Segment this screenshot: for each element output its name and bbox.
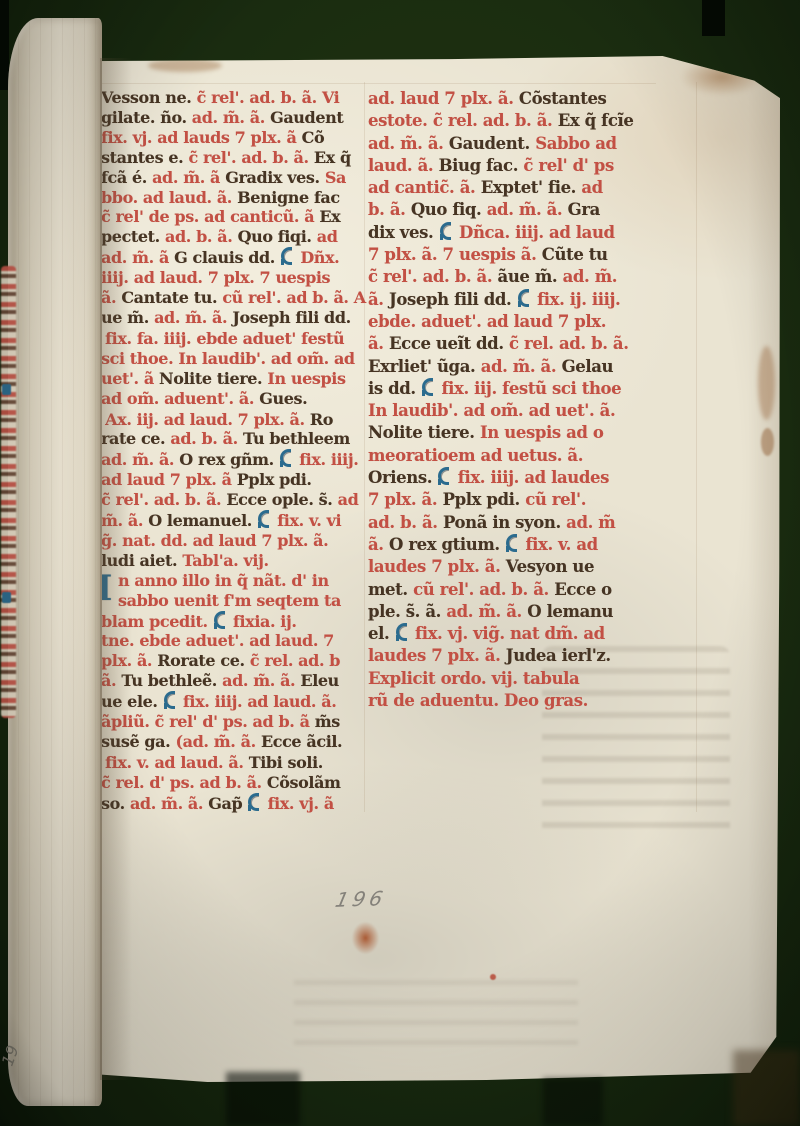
text-segment: estote. c̃ rel. ad. b. ã. <box>368 111 552 130</box>
cradle-shadow <box>702 0 725 36</box>
text-segment: Exrliet' ũga. <box>368 357 475 376</box>
text-line: dix ves. Dñca. iiij. ad laud <box>368 222 648 244</box>
text-segment: ad cantic̃. ã. <box>368 178 475 197</box>
text-segment: ad <box>317 227 338 246</box>
text-line: so. ad. m̃. ã. Gap̃ fix. vj. ã <box>101 793 371 814</box>
text-segment: ad. m̃. ã <box>152 168 220 187</box>
text-segment: cũ rel'. ad b. ã. A <box>222 288 365 307</box>
text-segment: Gradix ves. <box>225 168 320 187</box>
text-segment: sabbo uenit f'm seqtem ta <box>118 591 341 610</box>
manuscript-page: Vesson ne. c̃ rel'. ad. b. ã. Vigilate. … <box>46 56 780 1082</box>
text-segment: Ax. iij. ad laud. 7 plx. ã. <box>105 410 305 429</box>
paraph-mark-icon <box>214 611 225 629</box>
text-line: laud. ã. Biug fac. c̃ rel' d' ps <box>368 155 648 177</box>
text-segment: Pplx pdi. <box>237 470 312 489</box>
text-line: b. ã. Quo fiq. ad. m̃. ã. Gra <box>368 199 648 221</box>
text-segment: Cũte tu <box>542 245 608 264</box>
text-segment: In laudib'. ad om̃. ad uet'. ã. <box>368 401 615 420</box>
stain <box>761 428 774 456</box>
text-segment: dix ves. <box>368 223 433 242</box>
text-column-left: Vesson ne. c̃ rel'. ad. b. ã. Vigilate. … <box>101 88 371 814</box>
text-line: susẽ ga. (ad. m̃. ã. Ecce ãcil. <box>101 732 371 752</box>
text-segment: Ecce ãcil. <box>261 732 342 751</box>
stain <box>148 59 222 72</box>
text-segment: fix. v. ad <box>525 535 597 554</box>
text-line: ã. Cantate tu. cũ rel'. ad b. ã. A <box>101 288 371 308</box>
binding-leather <box>733 1050 800 1126</box>
paraph-mark-icon <box>248 793 259 811</box>
facing-page-initial <box>2 384 11 395</box>
text-segment: Gaudent <box>270 108 343 127</box>
stain <box>680 58 764 96</box>
paraph-mark-icon <box>440 222 451 240</box>
text-segment: Ecce ueĩt dd. <box>389 334 504 353</box>
text-segment: fix. vj. ã <box>268 794 334 813</box>
text-segment: Sa <box>325 168 346 187</box>
text-segment: Joseph fili dd. <box>232 308 350 327</box>
text-segment: O lemanuel. <box>148 511 252 530</box>
text-line: Nolite tiere. In uespis ad o <box>368 422 648 444</box>
book-fore-edge <box>8 18 102 1106</box>
text-segment: Dñx. <box>300 248 339 267</box>
text-line: ple. s̃. ã. ad. m̃. ã. O lemanu <box>368 601 648 623</box>
text-segment: Explicit ordo. vij. tabula <box>368 669 579 688</box>
text-segment: ad <box>338 490 359 509</box>
text-segment: cũ rel'. ad. b. ã. <box>413 580 549 599</box>
text-line: In anno illo in q̃ nãt. d' in <box>101 571 371 591</box>
stain <box>758 346 775 420</box>
text-segment: is dd. <box>368 379 416 398</box>
stain <box>490 974 496 980</box>
text-line: Oriens. fix. iiij. ad laudes <box>368 467 648 489</box>
paraph-mark-icon <box>518 289 529 307</box>
text-segment: Gues. <box>259 389 307 408</box>
text-segment: fixia. ij. <box>233 612 297 631</box>
text-segment: ã. <box>368 290 384 309</box>
text-segment: fix. iiij. <box>299 450 358 469</box>
text-line: c̃ rel'. ad. b. ã. ãue m̃. ad. m̃. <box>368 266 648 288</box>
text-segment: el. <box>368 624 389 643</box>
text-segment: Oriens. <box>368 468 432 487</box>
text-line: m̃. ã. O lemanuel. fix. v. vi <box>101 510 371 531</box>
text-segment: ad. m̃. <box>563 267 618 286</box>
text-segment: ad. m̃. ã. <box>368 134 444 153</box>
text-segment: Sabbo ad <box>535 134 616 153</box>
text-line: ã. Ecce ueĩt dd. c̃ rel. ad. b. ã. <box>368 333 648 355</box>
text-segment: ad. m̃. ã. <box>192 108 265 127</box>
text-line: rate ce. ad. b. ã. Tu bethleem <box>101 429 371 449</box>
text-line: uet'. ã Nolite tiere. In uespis <box>101 369 371 389</box>
text-line: ludi aiet. Tabl'a. vij. <box>101 551 371 571</box>
text-segment: 7 plx. ã. <box>368 490 437 509</box>
text-segment: G clauis dd. <box>174 248 275 267</box>
text-segment: Dñca. iiij. ad laud <box>459 223 615 242</box>
text-segment: Judea ierl'z. <box>506 646 611 665</box>
paraph-mark-icon <box>281 247 292 265</box>
text-segment: ad. m̃. ã. <box>130 794 203 813</box>
text-segment: c̃ rel'. ad. b. ã. Vi <box>197 88 340 107</box>
text-segment: Tabl'a. vij. <box>182 551 268 570</box>
text-segment: (ad. m̃. ã. <box>176 732 256 751</box>
text-line: Explicit ordo. vij. tabula <box>368 668 648 690</box>
text-segment: rũ de aduentu. Deo gras. <box>368 691 588 710</box>
text-segment: Exptet' fie. <box>481 178 576 197</box>
text-line: ã. Tu bethleẽ. ad. m̃. ã. Eleu <box>101 671 371 691</box>
text-segment: cũ rel'. <box>525 490 586 509</box>
text-line: Vesson ne. c̃ rel'. ad. b. ã. Vi <box>101 88 371 108</box>
text-segment: ad. b. ã. <box>165 227 232 246</box>
text-segment: fix. ij. iiij. <box>537 290 620 309</box>
text-segment: Biug fac. <box>439 156 518 175</box>
text-segment: Tu bethleẽ. <box>121 671 217 690</box>
text-segment: ã. <box>368 334 384 353</box>
text-segment: fix. iiij. ad laud. ã. <box>183 692 336 711</box>
text-line: g̃. nat. dd. ad laud 7 plx. ã. <box>101 531 371 551</box>
manuscript-photo: Vesson ne. c̃ rel'. ad. b. ã. Vigilate. … <box>0 0 800 1126</box>
paraph-mark-icon <box>258 510 269 528</box>
text-segment: ad. m̃. ã. <box>487 200 563 219</box>
text-line: met. cũ rel'. ad. b. ã. Ecce o <box>368 579 648 601</box>
text-line: plx. ã. Rorate ce. c̃ rel. ad. b <box>101 651 371 671</box>
stain <box>352 922 379 954</box>
text-segment: ad. m̃. ã. <box>222 671 295 690</box>
gutter-shadow <box>100 58 132 1080</box>
text-segment: ad. b. ã. <box>170 429 237 448</box>
text-line: ad om̃. aduent'. ã. Gues. <box>101 389 371 409</box>
text-segment: Gaudent. <box>449 134 530 153</box>
text-segment: Ex q̃ fcĩe <box>558 111 634 130</box>
text-column-right: ad. laud 7 plx. ã. Cõstantesestote. c̃ r… <box>368 88 648 712</box>
text-line: Ax. iij. ad laud. 7 plx. ã. Ro <box>101 409 371 430</box>
text-line: ã. Joseph fili dd. fix. ij. iiij. <box>368 289 648 311</box>
text-line: 7 plx. ã. 7 uespis ã. Cũte tu <box>368 244 648 266</box>
text-line: ad. m̃. ã. O rex gñm. fix. iiij. <box>101 449 371 470</box>
text-segment: m̃s <box>315 712 340 731</box>
text-segment: Ex <box>319 207 340 226</box>
text-segment: Vesyon ue <box>506 557 594 576</box>
text-segment: met. <box>368 580 408 599</box>
text-line: c̃ rel. d' ps. ad b. ã. Cõsolãm <box>101 773 371 793</box>
text-segment: c̃ rel. ad. b <box>250 651 340 670</box>
text-line: 7 plx. ã. Pplx pdi. cũ rel'. <box>368 489 648 511</box>
text-line: sabbo uenit f'm seqtem ta <box>101 591 371 611</box>
text-line: laudes 7 plx. ã. Vesyon ue <box>368 556 648 578</box>
text-line: meoratioem ad uetus. ã. <box>368 445 648 467</box>
text-line: rũ de aduentu. Deo gras. <box>368 690 648 712</box>
text-segment: fix. fa. iiij. ebde aduet' festũ <box>105 329 344 348</box>
text-line: In laudib'. ad om̃. ad uet'. ã. <box>368 400 648 422</box>
text-segment: Cõsolãm <box>267 773 341 792</box>
text-line: bbo. ad laud. ã. Benigne fac <box>101 188 371 208</box>
text-line: ad laud 7 plx. ã Pplx pdi. <box>101 470 371 490</box>
paraph-mark-icon <box>396 623 407 641</box>
cradle-shadow <box>543 1078 603 1126</box>
text-segment: ad <box>581 178 602 197</box>
text-line: blam pcedit. fixia. ij. <box>101 611 371 632</box>
text-segment: Ro <box>310 410 333 429</box>
text-segment: fix. vj. vig̃. nat dm̃. ad <box>415 624 605 643</box>
text-line: fix. fa. iiij. ebde aduet' festũ <box>101 328 371 349</box>
text-line: ue m̃. ad. m̃. ã. Joseph fili dd. <box>101 308 371 328</box>
text-line: fix. v. ad laud. ã. Tibi soli. <box>101 752 371 773</box>
text-segment: Cõstantes <box>519 89 607 108</box>
text-segment: laudes 7 plx. ã. <box>368 557 500 576</box>
text-segment: c̃ rel' de ps. ad canticũ. ã <box>101 207 314 226</box>
text-segment: sci thoe. In laudib'. ad om̃. ad <box>101 349 355 368</box>
facing-page-initial <box>2 592 11 603</box>
text-segment: Tu bethleem <box>243 429 350 448</box>
text-segment: ebde. aduet'. ad laud 7 plx. <box>368 312 606 331</box>
text-segment: ad. m̃ <box>566 513 615 532</box>
text-segment: Ex q̃ <box>314 148 351 167</box>
stain <box>746 61 768 76</box>
text-segment: O rex gtium. <box>389 535 500 554</box>
text-segment: ad. m̃. ã. <box>154 308 227 327</box>
text-segment: ad. laud 7 plx. ã. <box>368 89 514 108</box>
facing-page-text-sliver <box>1 266 16 718</box>
paraph-mark-icon <box>422 378 433 396</box>
ruling-line <box>96 83 656 84</box>
text-segment: Rorate ce. <box>157 651 244 670</box>
text-line: ad cantic̃. ã. Exptet' fie. ad <box>368 177 648 199</box>
text-segment: g̃. nat. dd. ad laud 7 plx. ã. <box>101 531 328 550</box>
text-segment: meoratioem ad uetus. ã. <box>368 446 583 465</box>
text-line: pectet. ad. b. ã. Quo fiqi. ad <box>101 227 371 247</box>
text-segment: ple. s̃. ã. <box>368 602 441 621</box>
text-line: ebde. aduet'. ad laud 7 plx. <box>368 311 648 333</box>
text-segment: Benigne fac <box>237 188 340 207</box>
text-line: ad. m̃. ã. Gaudent. Sabbo ad <box>368 133 648 155</box>
text-line: fcã é. ad. m̃. ã Gradix ves. Sa <box>101 168 371 188</box>
text-segment: b. ã. <box>368 200 405 219</box>
paraph-mark-icon <box>438 467 449 485</box>
text-line: laudes 7 plx. ã. Judea ierl'z. <box>368 645 648 667</box>
text-segment: c̃ rel'. ad. b. ã. <box>368 267 492 286</box>
text-segment: 7 plx. ã. 7 uespis ã. <box>368 245 536 264</box>
text-line: fix. vj. ad lauds 7 plx. ã Cõ <box>101 128 371 148</box>
text-line: c̃ rel' de ps. ad canticũ. ã Ex <box>101 207 371 227</box>
text-segment: Ecce o <box>554 580 612 599</box>
text-line: Exrliet' ũga. ad. m̃. ã. Gelau <box>368 356 648 378</box>
text-segment: In uespis <box>267 369 345 388</box>
text-segment: Cõ <box>302 128 325 147</box>
text-segment: Quo fiqi. <box>238 227 312 246</box>
text-segment: fix. iiij. ad laudes <box>458 468 609 487</box>
text-segment: Nolite tiere. <box>159 369 262 388</box>
text-segment: Gra <box>568 200 600 219</box>
text-line: ãpliũ. c̃ rel' d' ps. ad b. ã m̃s <box>101 712 371 732</box>
text-line: ad. laud 7 plx. ã. Cõstantes <box>368 88 648 110</box>
text-line: sci thoe. In laudib'. ad om̃. ad <box>101 349 371 369</box>
text-segment: O rex gñm. <box>179 450 274 469</box>
text-segment: ãpliũ. c̃ rel' d' ps. ad b. ã <box>101 712 310 731</box>
paraph-mark-icon <box>164 691 175 709</box>
text-segment: iiij. ad laud. 7 plx. 7 uespis <box>101 268 330 287</box>
ruling-line <box>696 82 697 812</box>
text-segment: Tibi soli. <box>249 753 323 772</box>
text-segment: Ponã in syon. <box>443 513 561 532</box>
text-line: is dd. fix. iij. festũ sci thoe <box>368 378 648 400</box>
text-segment: ã. <box>368 535 384 554</box>
cradle-shadow <box>226 1072 300 1126</box>
paraph-mark-icon <box>280 449 291 467</box>
paraph-mark-icon <box>506 534 517 552</box>
text-segment: c̃ rel' d' ps <box>523 156 613 175</box>
text-segment: Cantate tu. <box>121 288 217 307</box>
text-segment: fix. v. vi <box>277 511 341 530</box>
text-segment: laudes 7 plx. ã. <box>368 646 500 665</box>
text-segment: ad. m̃. ã. <box>446 602 522 621</box>
show-through-text <box>294 980 578 1052</box>
text-segment: O lemanu <box>527 602 613 621</box>
text-segment: ad. b. ã. <box>368 513 438 532</box>
text-segment: Gelau <box>562 357 614 376</box>
text-line: iiij. ad laud. 7 plx. 7 uespis <box>101 268 371 288</box>
text-line: tne. ebde aduet'. ad laud. 7 <box>101 631 371 651</box>
text-segment: ad. m̃. ã. <box>481 357 557 376</box>
text-segment: Eleu <box>300 671 339 690</box>
text-segment: c̃ rel. ad. b. ã. <box>509 334 629 353</box>
text-segment: fix. iij. festũ sci thoe <box>441 379 621 398</box>
text-segment: Nolite tiere. <box>368 423 475 442</box>
text-line: estote. c̃ rel. ad. b. ã. Ex q̃ fcĩe <box>368 110 648 132</box>
text-segment: Gap̃ <box>208 794 242 813</box>
folio-number-pencil: 196 <box>333 886 389 912</box>
text-line: ad. m̃. ã G clauis dd. Dñx. <box>101 247 371 268</box>
text-segment: n anno illo in q̃ nãt. d' in <box>118 571 329 590</box>
text-segment: c̃ rel'. ad. b. ã. <box>188 148 308 167</box>
text-line: stantes e. c̃ rel'. ad. b. ã. Ex q̃ <box>101 148 371 168</box>
text-line: el. fix. vj. vig̃. nat dm̃. ad <box>368 623 648 645</box>
text-segment: ãue m̃. <box>498 267 558 286</box>
text-line: c̃ rel'. ad. b. ã. Ecce ople. s̃. ad <box>101 490 371 510</box>
text-line: ue ele. fix. iiij. ad laud. ã. <box>101 691 371 712</box>
text-line: ad. b. ã. Ponã in syon. ad. m̃ <box>368 512 648 534</box>
text-segment: In uespis ad o <box>480 423 603 442</box>
text-segment: laud. ã. <box>368 156 433 175</box>
text-segment: Ecce ople. s̃. <box>226 490 332 509</box>
text-line: gilate. ño. ad. m̃. ã. Gaudent <box>101 108 371 128</box>
text-segment: Pplx pdi. <box>443 490 520 509</box>
text-segment: Joseph fili dd. <box>389 290 511 309</box>
text-segment: tne. ebde aduet'. ad laud. 7 <box>101 631 334 650</box>
text-line: ã. O rex gtium. fix. v. ad <box>368 534 648 556</box>
text-segment: Quo fiq. <box>411 200 482 219</box>
